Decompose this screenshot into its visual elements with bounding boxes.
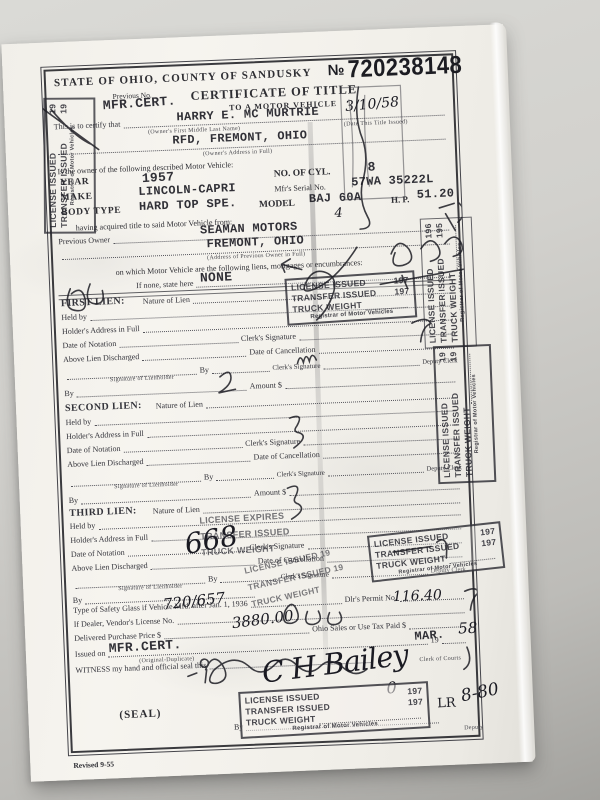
by-label: By bbox=[64, 389, 74, 398]
leader bbox=[323, 357, 419, 370]
tax-label: Ohio Sales or Use Tax Paid $ bbox=[312, 621, 406, 634]
registrar-label: Registrar of Motor Vehicles bbox=[69, 104, 76, 228]
cyl-label: NO. OF CYL. bbox=[274, 167, 331, 179]
license-stamp-left-vertical: LICENSE ISSUED19 TRANSFER ISSUED19 Regis… bbox=[43, 98, 96, 234]
paper-edge-curl bbox=[490, 22, 536, 762]
stamp-year: 19 bbox=[58, 104, 69, 114]
lien1-heading: FIRST LIEN: bbox=[61, 296, 125, 310]
year-58-handwritten: 58 bbox=[458, 619, 478, 638]
title-number: 720238148 bbox=[347, 50, 463, 84]
stamp-year: 197 bbox=[394, 286, 410, 298]
discharged-label: Above Lien Discharged bbox=[71, 561, 148, 573]
stamp-year: 19 bbox=[47, 104, 58, 114]
issued-on-label: Issued on bbox=[75, 649, 106, 659]
by-label: By bbox=[73, 596, 83, 605]
license-stamp-center: LICENSE ISSUED197 TRANSFER ISSUED197 TRU… bbox=[284, 270, 417, 326]
cancellation-label: Date of Cancellation bbox=[249, 345, 316, 357]
license-stamp-bottom-box: LICENSE ISSUED197 TRANSFER ISSUED197 TRU… bbox=[238, 681, 430, 739]
address-caption: (Owner's Address in Full) bbox=[203, 149, 273, 158]
leader bbox=[119, 334, 238, 348]
cancellation-label: Date of Cancellation bbox=[253, 450, 320, 462]
leader bbox=[285, 373, 456, 389]
certificate-form: STATE OF OHIO, COUNTY OF SANDUSKY № 7202… bbox=[40, 50, 483, 756]
sig-lienholder-caption: Signature of Lienholder bbox=[114, 482, 178, 491]
model-value: BAJ 60A bbox=[309, 190, 362, 206]
stamp-year: 19 bbox=[437, 352, 448, 362]
stamp-year: 196 bbox=[423, 223, 435, 239]
amount-label: Amount $ bbox=[249, 380, 282, 390]
nature-label: Nature of Lien bbox=[156, 400, 203, 411]
lr-handwritten: LR bbox=[437, 696, 456, 712]
clerks-signature-label: Clerk's Signature bbox=[241, 332, 296, 343]
photo-of-title-document: { "header": { "state_county": "STATE OF … bbox=[0, 0, 600, 800]
stamp-year: 197 bbox=[481, 537, 497, 550]
stamp-year: 19 bbox=[448, 351, 459, 361]
notation-label: Date of Notation bbox=[67, 444, 121, 455]
holder-label: Holder's Address in Full bbox=[70, 533, 148, 545]
model-annotation: 4 bbox=[334, 206, 343, 221]
heldby-label: Held by bbox=[65, 417, 91, 427]
clerk-of-courts-label: Clerk of Courts bbox=[419, 655, 461, 663]
clerks-signature-label: Clerk's Signature bbox=[245, 437, 300, 448]
leader bbox=[146, 453, 250, 466]
nature-label: Nature of Lien bbox=[143, 295, 190, 306]
lien3-heading: THIRD LIEN: bbox=[69, 505, 137, 519]
deputy-label: Deputy bbox=[464, 725, 484, 732]
tax-handwritten: 116.40 bbox=[393, 587, 443, 605]
seal-label: (SEAL) bbox=[119, 707, 162, 721]
stamp-year: 195 bbox=[434, 223, 446, 239]
by-label: By bbox=[199, 365, 209, 374]
lien2-heading: SECOND LIEN: bbox=[65, 400, 142, 414]
leader bbox=[303, 430, 458, 445]
cyl-value: 8 bbox=[367, 159, 376, 174]
license-expires-stamp: LICENSE EXPIRES TRANSFER ISSUED TRUCK WE… bbox=[199, 507, 291, 560]
witness-label: WITNESS my hand and official seal this bbox=[75, 661, 206, 675]
date-880-handwritten: 8-80 bbox=[459, 679, 500, 706]
model-label: MODEL bbox=[259, 199, 295, 210]
previous-owner-label: Previous Owner bbox=[58, 235, 110, 246]
hp-label: H. P. bbox=[391, 194, 410, 205]
notation-label: Date of Notation bbox=[62, 339, 116, 350]
discharged-label: Above Lien Discharged bbox=[67, 457, 144, 469]
license-issued-label: LICENSE ISSUED bbox=[48, 153, 59, 228]
notation-label: Date of Notation bbox=[71, 548, 125, 559]
by-label: By bbox=[208, 574, 218, 583]
body-type-value: HARD TOP SPE. bbox=[139, 196, 237, 214]
leader bbox=[216, 470, 274, 481]
heldby-label: Held by bbox=[70, 521, 96, 531]
leader bbox=[212, 363, 270, 374]
no-symbol: № bbox=[327, 62, 344, 80]
hp-value: 51.20 bbox=[416, 186, 454, 201]
stamp-year: 19 bbox=[332, 562, 344, 574]
month-stamp: MAR. bbox=[414, 628, 445, 644]
stamp-year: 197 bbox=[408, 696, 424, 708]
revised-note: Revised 9-55 bbox=[73, 759, 114, 770]
stamp-year: 19 bbox=[319, 547, 331, 559]
vendor-label: If Dealer, Vendor's License No. bbox=[74, 616, 175, 629]
by-label: By bbox=[69, 496, 79, 505]
heldby-label: Held by bbox=[61, 312, 87, 322]
leader bbox=[142, 348, 246, 361]
holder-label: Holder's Address in Full bbox=[62, 324, 140, 336]
sig-lienholder-caption: Signature of Lienholder bbox=[110, 375, 174, 384]
permit-label: Dlr's Permit No. bbox=[344, 593, 397, 604]
transfer-issued-label: TRANSFER ISSUED bbox=[59, 143, 70, 228]
sig-lienholder-caption: Signature of Lienholder bbox=[118, 584, 182, 593]
by-label: By bbox=[204, 472, 214, 481]
leader bbox=[77, 382, 247, 398]
clerks-signature-label: Clerk's Signature bbox=[277, 469, 325, 479]
amount-label: Amount $ bbox=[254, 487, 287, 497]
if-none-label: If none, state here bbox=[136, 279, 194, 290]
license-stamp-right-vertical-lower: LICENSE ISSUED19 TRANSFER ISSUED19 TRUCK… bbox=[433, 344, 496, 484]
date-caption: (Date This Title Issued) bbox=[344, 119, 408, 128]
certificate-paper: STATE OF OHIO, COUNTY OF SANDUSKY № 7202… bbox=[1, 24, 532, 782]
nature-label: Nature of Lien bbox=[153, 505, 200, 516]
leader bbox=[123, 439, 242, 453]
discharged-label: Above Lien Discharged bbox=[63, 352, 140, 364]
clerks-signature-label: Clerk's Signature bbox=[272, 362, 320, 372]
license-stamp-right-vertical-upper: LICENSE ISSUED196 TRANSFER ISSUED195 TRU… bbox=[420, 217, 477, 349]
none-value: NONE bbox=[200, 269, 233, 285]
leader bbox=[328, 464, 424, 477]
holder-label: Holder's Address in Full bbox=[66, 429, 144, 441]
